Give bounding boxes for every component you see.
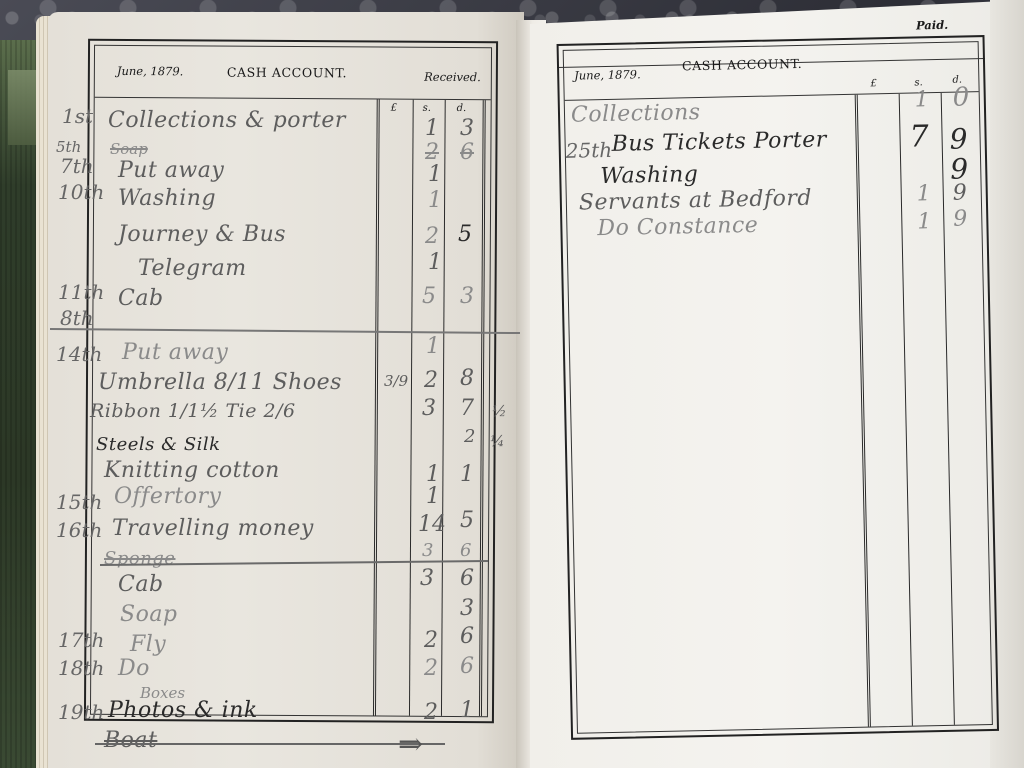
left-header-date: June, 1879.	[117, 64, 184, 78]
entry-shillings: 1	[426, 484, 440, 509]
column-header-pounds: £	[870, 78, 877, 89]
entry-item-struck: Soap	[110, 140, 148, 158]
entry-pence: 1	[460, 462, 474, 487]
entry-fraction: ¼	[490, 432, 505, 450]
entry-shillings: 1	[917, 181, 932, 206]
entry-item: Put away	[118, 158, 224, 183]
entry-pounds-note: 3/9	[384, 372, 408, 390]
entry-shillings: 14	[418, 512, 446, 537]
carry-forward-arrow-icon: ⇒	[398, 727, 423, 762]
entry-item: Do	[118, 656, 150, 681]
entry-pence: 0	[952, 82, 969, 112]
entry-date: 17th	[58, 628, 104, 652]
entry-item: Collections & porter	[108, 108, 346, 133]
entry-item: Bus Tickets Porter	[611, 127, 827, 157]
entry-shillings: 3	[420, 566, 434, 591]
footer-strike-line	[95, 743, 445, 745]
entry-shillings: 7	[909, 119, 929, 154]
entry-date: 11th	[58, 280, 104, 304]
entry-date: 25th	[566, 138, 613, 163]
entry-date: 18th	[58, 656, 104, 680]
entry-pence: 9	[953, 206, 968, 231]
entry-item: Travelling money	[112, 516, 314, 541]
entry-shillings: 2	[424, 700, 438, 725]
entry-date: 7th	[60, 154, 94, 178]
column-rule-pounds	[855, 95, 871, 727]
entry-item: Servants at Bedford	[579, 186, 813, 216]
entry-date: 1st	[62, 104, 93, 128]
entry-shillings: 2	[425, 224, 439, 249]
entry-item: Cab	[118, 286, 164, 311]
entry-pence: 2	[464, 426, 475, 447]
entry-date: 14th	[56, 342, 102, 366]
entry-shillings: 1	[428, 162, 442, 187]
entry-item: Washing	[600, 162, 699, 189]
footer-item-struck: Boat	[104, 728, 157, 753]
entry-date: 19th	[58, 700, 104, 724]
entry-item: Steels & Silk	[96, 434, 221, 455]
entry-shillings: 2	[424, 368, 438, 393]
entry-pence: 1	[460, 698, 474, 723]
left-header-title: CASH ACCOUNT.	[227, 65, 347, 81]
left-header-received: Received.	[424, 70, 481, 84]
entry-shillings: 2	[424, 656, 438, 681]
entry-date: 16th	[56, 518, 102, 542]
column-rule-shillings	[409, 100, 414, 716]
entry-date: 10th	[58, 180, 104, 204]
entry-item: Washing	[118, 186, 216, 211]
entry-shillings: 5	[422, 284, 436, 309]
entry-pence: 6	[460, 654, 474, 679]
right-ledger: Paid. June, 1879. CASH ACCOUNT. £ s. d. …	[556, 9, 999, 740]
entry-item: Put away	[122, 340, 228, 365]
entry-item: Photos & ink	[108, 698, 258, 723]
entry-pence: 3	[460, 284, 474, 309]
entry-shillings: 3	[422, 396, 436, 421]
entry-shillings: 1	[917, 209, 932, 234]
entry-item: Offertory	[114, 484, 221, 509]
entry-item: Do Constance	[597, 213, 758, 241]
entry-pence: 5	[458, 222, 472, 247]
entry-shillings: 1	[915, 87, 930, 112]
entry-shillings: 1	[425, 116, 439, 141]
entry-shillings: 1	[426, 334, 440, 359]
entry-date: 8th	[60, 306, 94, 330]
entry-pence: 9	[952, 180, 967, 205]
entry-item: Knitting cotton	[104, 458, 280, 483]
column-header-pence: d.	[457, 103, 467, 114]
entry-item: Fly	[130, 632, 166, 657]
entry-pence: 8	[460, 366, 474, 391]
column-header-pounds: £	[391, 103, 397, 114]
entry-pence: 9	[949, 122, 968, 155]
right-ledger-frame: June, 1879. CASH ACCOUNT. £ s. d. Collec…	[557, 35, 999, 740]
entry-pence: 7	[460, 396, 474, 421]
left-header: June, 1879. CASH ACCOUNT. Received.	[95, 46, 491, 100]
entry-pence: 3	[460, 116, 474, 141]
entry-item: Telegram	[138, 256, 247, 281]
column-header-shillings: s.	[423, 103, 431, 114]
right-ledger-inner-frame: June, 1879. CASH ACCOUNT. £ s. d. Collec…	[563, 41, 993, 734]
right-header-title: CASH ACCOUNT.	[682, 56, 802, 74]
entry-pence: 6	[460, 140, 474, 165]
entry-item: Collections	[571, 100, 701, 128]
column-rule-end	[479, 100, 486, 716]
entry-item: Umbrella 8/11 Shoes	[98, 370, 342, 395]
entry-pence: 3	[460, 596, 474, 621]
column-rule-pounds	[373, 100, 380, 716]
right-header-date: June, 1879.	[574, 67, 641, 82]
entry-item: Cab	[118, 572, 164, 597]
entry-shillings: 1	[428, 188, 442, 213]
entry-item: Soap	[120, 602, 178, 627]
right-header-paid: Paid.	[916, 18, 949, 33]
entry-item: Ribbon 1/1½ Tie 2/6	[90, 400, 296, 422]
column-rule-shillings	[899, 94, 913, 726]
entry-pence: 5	[460, 508, 474, 533]
entry-shillings: 2	[424, 628, 438, 653]
entry-shillings: 1	[428, 250, 442, 275]
entry-fraction: ½	[492, 402, 507, 420]
entry-pence: 6	[460, 540, 471, 561]
entry-pence: 6	[460, 566, 474, 591]
entry-date: 15th	[56, 490, 102, 514]
entry-pence: 6	[460, 624, 474, 649]
entry-item: Journey & Bus	[118, 222, 286, 247]
entry-shillings: 3	[422, 540, 433, 561]
